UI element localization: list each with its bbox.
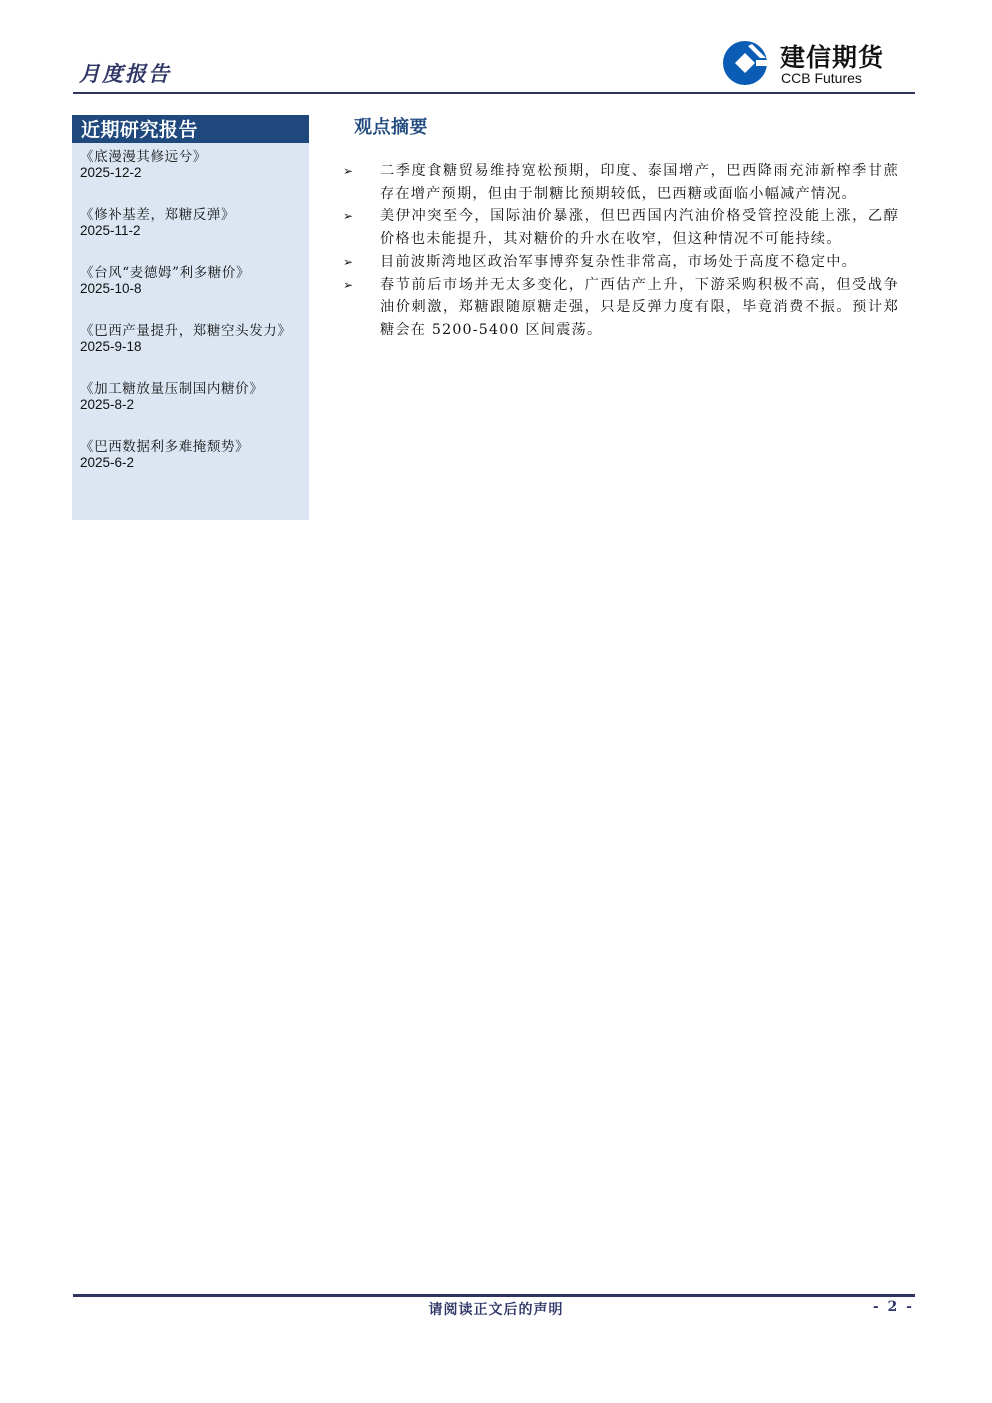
arrow-bullet-icon: ➢: [343, 160, 354, 183]
report-type-title: 月度报告: [79, 58, 171, 88]
report-date: 2025-10-8: [80, 281, 142, 296]
report-date: 2025-12-2: [80, 165, 142, 180]
report-item[interactable]: 《加工糖放量压制国内糖价》 2025-8-2: [80, 375, 309, 433]
bullet-text: 春节前后市场并无太多变化，广西估产上升，下游采购积极不高，但受战争油价刺激，郑糖…: [380, 277, 899, 338]
arrow-bullet-icon: ➢: [343, 251, 354, 274]
report-date: 2025-11-2: [80, 223, 141, 238]
report-date: 2025-6-2: [80, 455, 134, 470]
header-divider: [73, 92, 915, 94]
ccb-logo-icon: [722, 40, 768, 86]
report-title: 《修补基差，郑糖反弹》: [80, 203, 235, 223]
report-date: 2025-8-2: [80, 397, 134, 412]
summary-bullet: ➢ 目前波斯湾地区政治军事博弈复杂性非常高，市场处于高度不稳定中。: [343, 251, 899, 274]
report-item[interactable]: 《台风“麦德姆”利多糖价》 2025-10-8: [80, 259, 309, 317]
report-item[interactable]: 《巴西数据利多难掩颓势》 2025-6-2: [80, 433, 309, 491]
summary-bullet: ➢ 美伊冲突至今，国际油价暴涨，但巴西国内汽油价格受管控没能上涨，乙醇价格也未能…: [343, 205, 899, 250]
page-number: - 2 -: [873, 1299, 914, 1315]
summary-section-title: 观点摘要: [354, 113, 428, 139]
bullet-text: 美伊冲突至今，国际油价暴涨，但巴西国内汽油价格受管控没能上涨，乙醇价格也未能提升…: [380, 208, 899, 247]
recent-reports-heading: 近期研究报告: [72, 115, 309, 143]
summary-bullet: ➢ 春节前后市场并无太多变化，广西估产上升，下游采购积极不高，但受战争油价刺激，…: [343, 274, 899, 342]
report-title: 《台风“麦德姆”利多糖价》: [80, 261, 250, 281]
recent-reports-panel: 近期研究报告 《底漫漫其修远兮》 2025-12-2 《修补基差，郑糖反弹》 2…: [72, 115, 309, 520]
report-item[interactable]: 《底漫漫其修远兮》 2025-12-2: [80, 143, 309, 201]
report-title: 《巴西数据利多难掩颓势》: [80, 435, 249, 455]
summary-bullet: ➢ 二季度食糖贸易维持宽松预期，印度、泰国增产，巴西降雨充沛新榨季甘蔗存在增产预…: [343, 160, 899, 205]
recent-reports-list: 《底漫漫其修远兮》 2025-12-2 《修补基差，郑糖反弹》 2025-11-…: [72, 143, 309, 491]
company-logo: 建信期货 CCB Futures: [722, 38, 912, 88]
logo-english-name: CCB Futures: [781, 70, 862, 86]
logo-chinese-name: 建信期货: [780, 38, 884, 74]
arrow-bullet-icon: ➢: [343, 205, 354, 228]
report-item[interactable]: 《修补基差，郑糖反弹》 2025-11-2: [80, 201, 309, 259]
bullet-text: 目前波斯湾地区政治军事博弈复杂性非常高，市场处于高度不稳定中。: [380, 254, 857, 270]
disclaimer-note: 请阅读正文后的声明: [0, 1299, 992, 1319]
arrow-bullet-icon: ➢: [343, 274, 354, 297]
footer-divider: [73, 1294, 915, 1297]
report-item[interactable]: 《巴西产量提升，郑糖空头发力》 2025-9-18: [80, 317, 309, 375]
summary-bullet-list: ➢ 二季度食糖贸易维持宽松预期，印度、泰国增产，巴西降雨充沛新榨季甘蔗存在增产预…: [343, 160, 899, 342]
report-date: 2025-9-18: [80, 339, 142, 354]
report-title: 《巴西产量提升，郑糖空头发力》: [80, 319, 292, 339]
bullet-text: 二季度食糖贸易维持宽松预期，印度、泰国增产，巴西降雨充沛新榨季甘蔗存在增产预期，…: [380, 163, 899, 202]
report-title: 《加工糖放量压制国内糖价》: [80, 377, 263, 397]
report-title: 《底漫漫其修远兮》: [80, 145, 207, 165]
